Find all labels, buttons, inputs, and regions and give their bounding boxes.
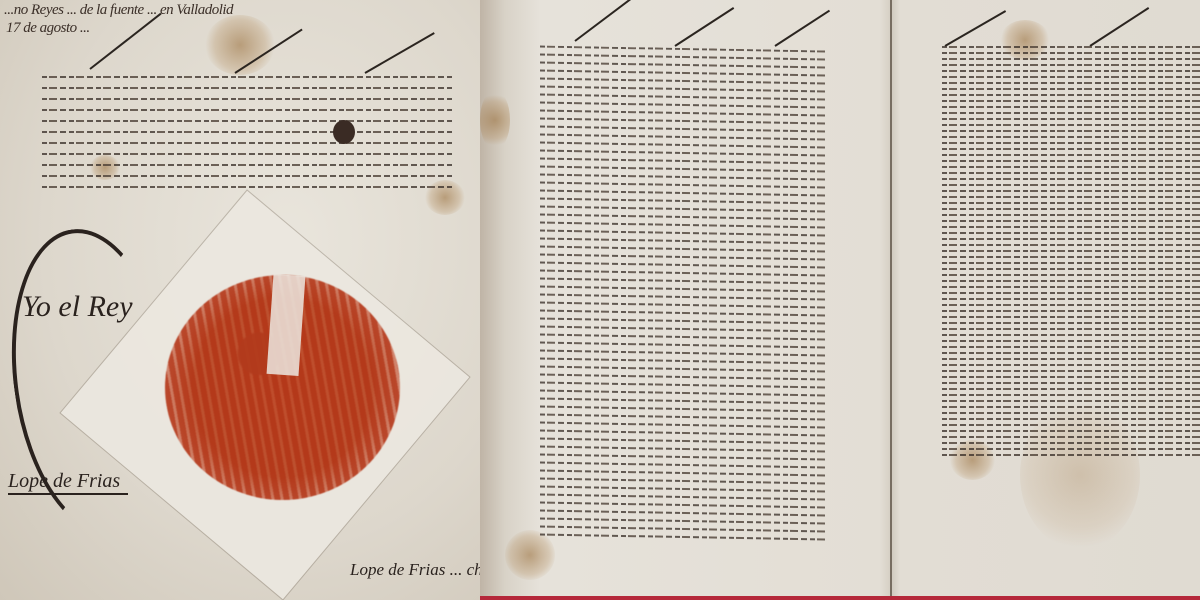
signature-bottom: Lope de Frias ... ch — [350, 560, 480, 580]
left-manuscript-photo: ...no Reyes ... de la fuente ... en Vall… — [0, 0, 480, 600]
right-manuscript-photo — [480, 0, 1200, 600]
page-1-body-text — [540, 46, 825, 546]
header-text-line-1: ...no Reyes ... de la fuente ... en Vall… — [4, 2, 233, 19]
signature-lope-de-frias: Lope de Frias — [8, 470, 128, 495]
stain — [205, 15, 275, 75]
ink-stroke — [674, 7, 734, 47]
ink-stroke — [574, 0, 635, 42]
page-gutter — [890, 0, 892, 600]
page-2-body-text — [942, 46, 1200, 461]
ink-stroke — [1089, 7, 1149, 47]
stain — [480, 90, 510, 150]
bottom-red-bar — [480, 596, 1200, 600]
signature-yo-el-rey: Yo el Rey — [22, 290, 133, 324]
ink-stroke — [365, 32, 435, 74]
header-text-line-2: 17 de agosto ... — [6, 20, 90, 37]
ink-stroke — [89, 13, 161, 70]
wax-dot — [333, 120, 355, 144]
ink-stroke — [945, 10, 1007, 47]
letter-body-text — [42, 76, 452, 204]
ink-stroke — [774, 10, 830, 47]
